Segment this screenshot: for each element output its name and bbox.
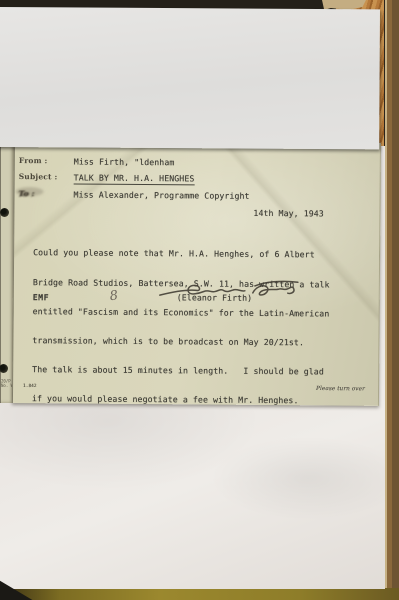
sender-initials: EMF	[33, 292, 49, 302]
from-label: From :	[19, 156, 48, 165]
desk-wood-bottom-edge	[0, 588, 399, 600]
ink-smear	[16, 187, 44, 196]
date-line: 14th May, 1943	[253, 208, 323, 219]
signature-typed: (Eleanor Firth)	[177, 292, 253, 303]
turn-over-note: Please turn over	[316, 384, 365, 391]
body-line: if you would please negotiate a fee with…	[32, 394, 329, 406]
body-line: Could you please note that Mr. H.A. Heng…	[33, 249, 330, 261]
subject-label: Subject :	[19, 172, 58, 181]
punch-hole	[0, 208, 9, 217]
form-number: 1.842	[23, 383, 37, 388]
body-line: The talk is about 15 minutes in length. …	[32, 365, 329, 377]
body-line: transmission, which is to be broadcast o…	[32, 336, 329, 348]
subject-value: TALK BY MR. H.A. HENGHES	[74, 172, 195, 185]
body-paragraph: Could you please note that Mr. H.A. Heng…	[32, 229, 330, 425]
body-line: entitled "Fascism and its Economics" for…	[33, 307, 330, 319]
photo-of-memo-on-desk: 20/P No. W. From : Miss Firth, "ldenham …	[0, 0, 399, 600]
top-white-sheet	[0, 7, 380, 149]
desk-wood-right-edge	[384, 0, 399, 600]
punch-hole	[0, 364, 8, 373]
from-value: Miss Firth, "ldenham	[74, 156, 175, 167]
memo-sheet: From : Miss Firth, "ldenham Subject : TA…	[12, 140, 381, 406]
handwritten-number: 8	[109, 288, 119, 304]
to-value: Miss Alexander, Programme Copyright	[74, 189, 250, 200]
